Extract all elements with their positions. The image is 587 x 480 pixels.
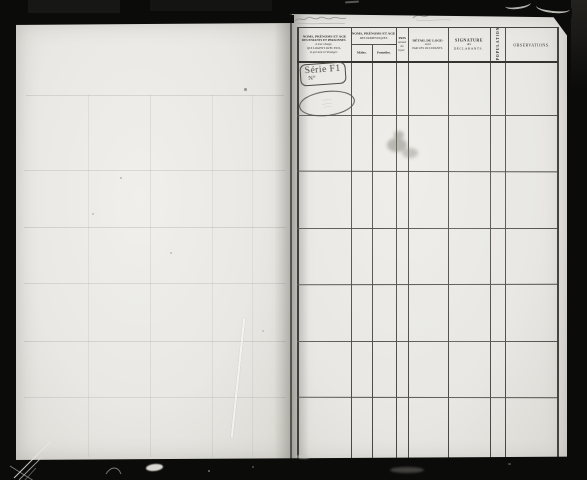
header-text: des (467, 43, 471, 45)
header-population-column: POPULATION (491, 28, 505, 61)
bleed-line (26, 95, 284, 96)
header-observations-column: OBSERVATIONS. (506, 28, 557, 60)
film-artifact (150, 0, 272, 11)
film-artifact (345, 1, 359, 3)
table-column-line (505, 27, 506, 461)
header-text: DES ENFANTS ET PERSONNES (302, 39, 346, 41)
header-children-column: NOMS, PRÉNOMS ET AGE DES ENFANTS ET PERS… (298, 28, 350, 60)
dust-speck (120, 177, 122, 179)
film-artifact (571, 0, 587, 90)
header-signature-column: SIGNATURE des DÉCLARANTS. (449, 28, 489, 60)
dust-speck (252, 466, 254, 468)
bleed-line (252, 95, 253, 457)
left-page (16, 21, 292, 462)
header-lodging-column: DÉTAIL DU LOGE- ment PAR LES OCCUPANTS. (409, 28, 447, 60)
stamp-text: ·· ····· ·· (321, 98, 332, 101)
dust-speck (170, 252, 172, 254)
handwriting-annotation (294, 13, 348, 27)
header-text: DÉTAIL DU LOGE- (412, 39, 443, 41)
header-text: ment (425, 43, 431, 45)
table-column-line (396, 27, 397, 461)
stamp-text: N° (308, 74, 342, 82)
header-text: NOMS, PRÉNOMS ET AGE (302, 35, 346, 37)
table-column-line (372, 44, 373, 461)
page-gutter (290, 14, 292, 461)
header-text: annuel (398, 41, 406, 43)
smudge (394, 131, 404, 139)
table-row-line (297, 228, 558, 229)
dust-speck (508, 463, 511, 465)
header-servants-female: Femelles. (372, 45, 396, 60)
table-row-line (297, 115, 558, 116)
bleed-line (150, 95, 151, 457)
header-text: DES DOMESTIQUES (360, 37, 388, 39)
table-row-line (297, 341, 558, 342)
dust-speck (244, 88, 247, 91)
film-artifact (28, 0, 120, 13)
header-text: PAR LES OCCUPANTS. (413, 47, 444, 49)
film-artifact (390, 467, 424, 473)
header-servants-male: Mâles. (352, 45, 372, 60)
header-text-vertical: POPULATION (495, 27, 499, 61)
table-column-line (448, 27, 449, 461)
header-text: et qui sont à l'étranger. (310, 51, 338, 53)
header-text: NOMS, PRÉNOMS ET AGE (352, 32, 396, 34)
dust-speck (262, 330, 264, 332)
film-scratches (10, 434, 130, 480)
dust-speck (208, 470, 210, 472)
header-text: OBSERVATIONS. (513, 43, 550, 46)
table-column-line (490, 27, 491, 461)
table-column-line (408, 27, 409, 461)
bleed-line (24, 227, 286, 228)
smudge (402, 148, 418, 158)
stamp-text: ·· ··· ·· (323, 106, 332, 109)
bleed-line (24, 341, 286, 342)
header-price-column: PRIX annuel du loyer. (397, 28, 408, 60)
bleed-line (24, 170, 286, 171)
dust-speck (92, 213, 94, 215)
bleed-line (24, 397, 286, 398)
header-text: du (401, 45, 404, 47)
header-text: QUI LOGENT AVEC EUX, (307, 47, 341, 49)
table-border-right (557, 27, 559, 461)
bleed-line (212, 95, 213, 457)
header-text: SIGNATURE (455, 39, 483, 42)
header-text: DÉCLARANTS. (454, 47, 484, 49)
header-text: Mâles. (357, 51, 367, 53)
header-text: Femelles. (377, 51, 391, 53)
header-text: loyer. (399, 49, 406, 51)
header-text: PRIX (398, 37, 405, 39)
microfilm-frame: NOMS, PRÉNOMS ET AGE DES ENFANTS ET PERS… (0, 0, 587, 480)
bleed-line (24, 283, 286, 284)
header-text: à leur charge, (316, 43, 333, 45)
bleed-line (88, 95, 89, 457)
series-f1-stamp: Série F1 N° (299, 61, 346, 86)
film-edge (8, 15, 294, 25)
header-servants-column: NOMS, PRÉNOMS ET AGE DES DOMESTIQUES (352, 28, 395, 43)
